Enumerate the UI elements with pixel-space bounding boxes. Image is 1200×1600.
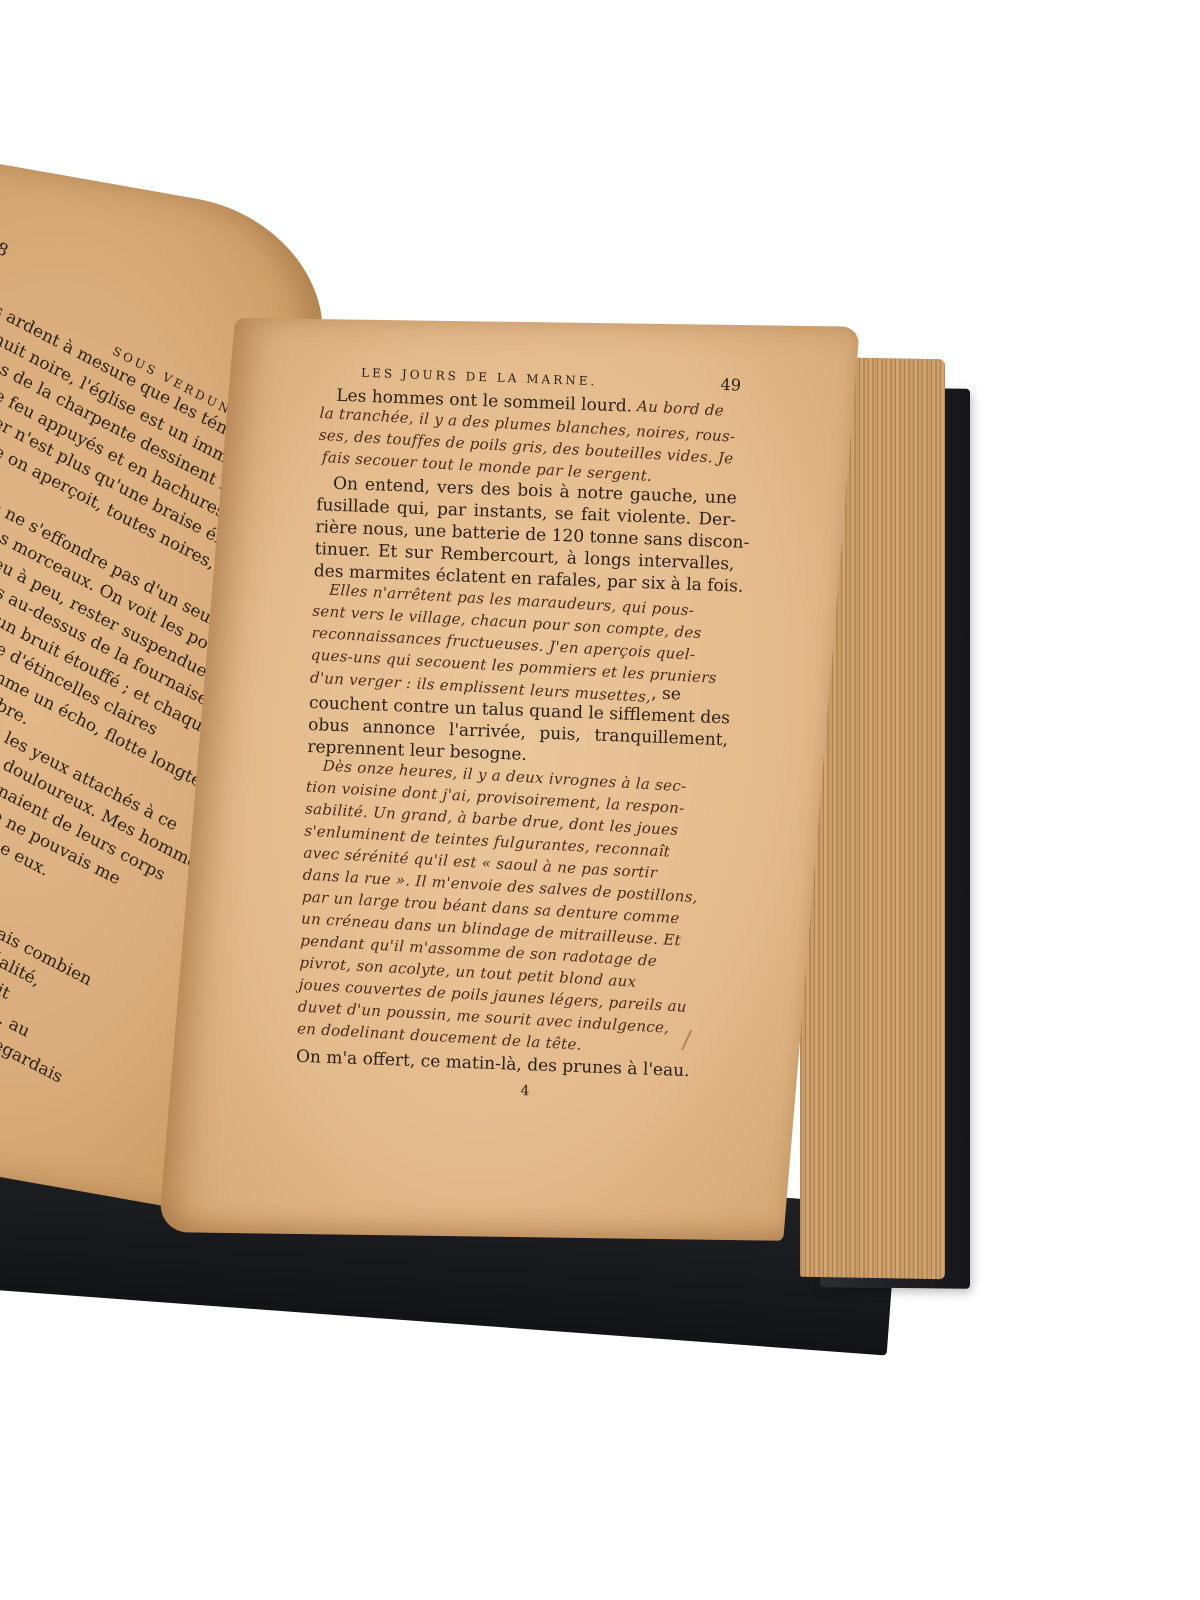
right-page: LES JOURS DE LA MARNE. 49 Les hommes ont… (158, 318, 860, 1241)
right-page-text: LES JOURS DE LA MARNE. 49 Les hommes ont… (295, 359, 742, 1109)
handwritten-text: Au bord de (637, 395, 725, 422)
right-page-number: 49 (720, 374, 741, 397)
photo-scene: 48 SOUS VERDUN. plus ardent à mesure que… (0, 0, 1200, 1600)
